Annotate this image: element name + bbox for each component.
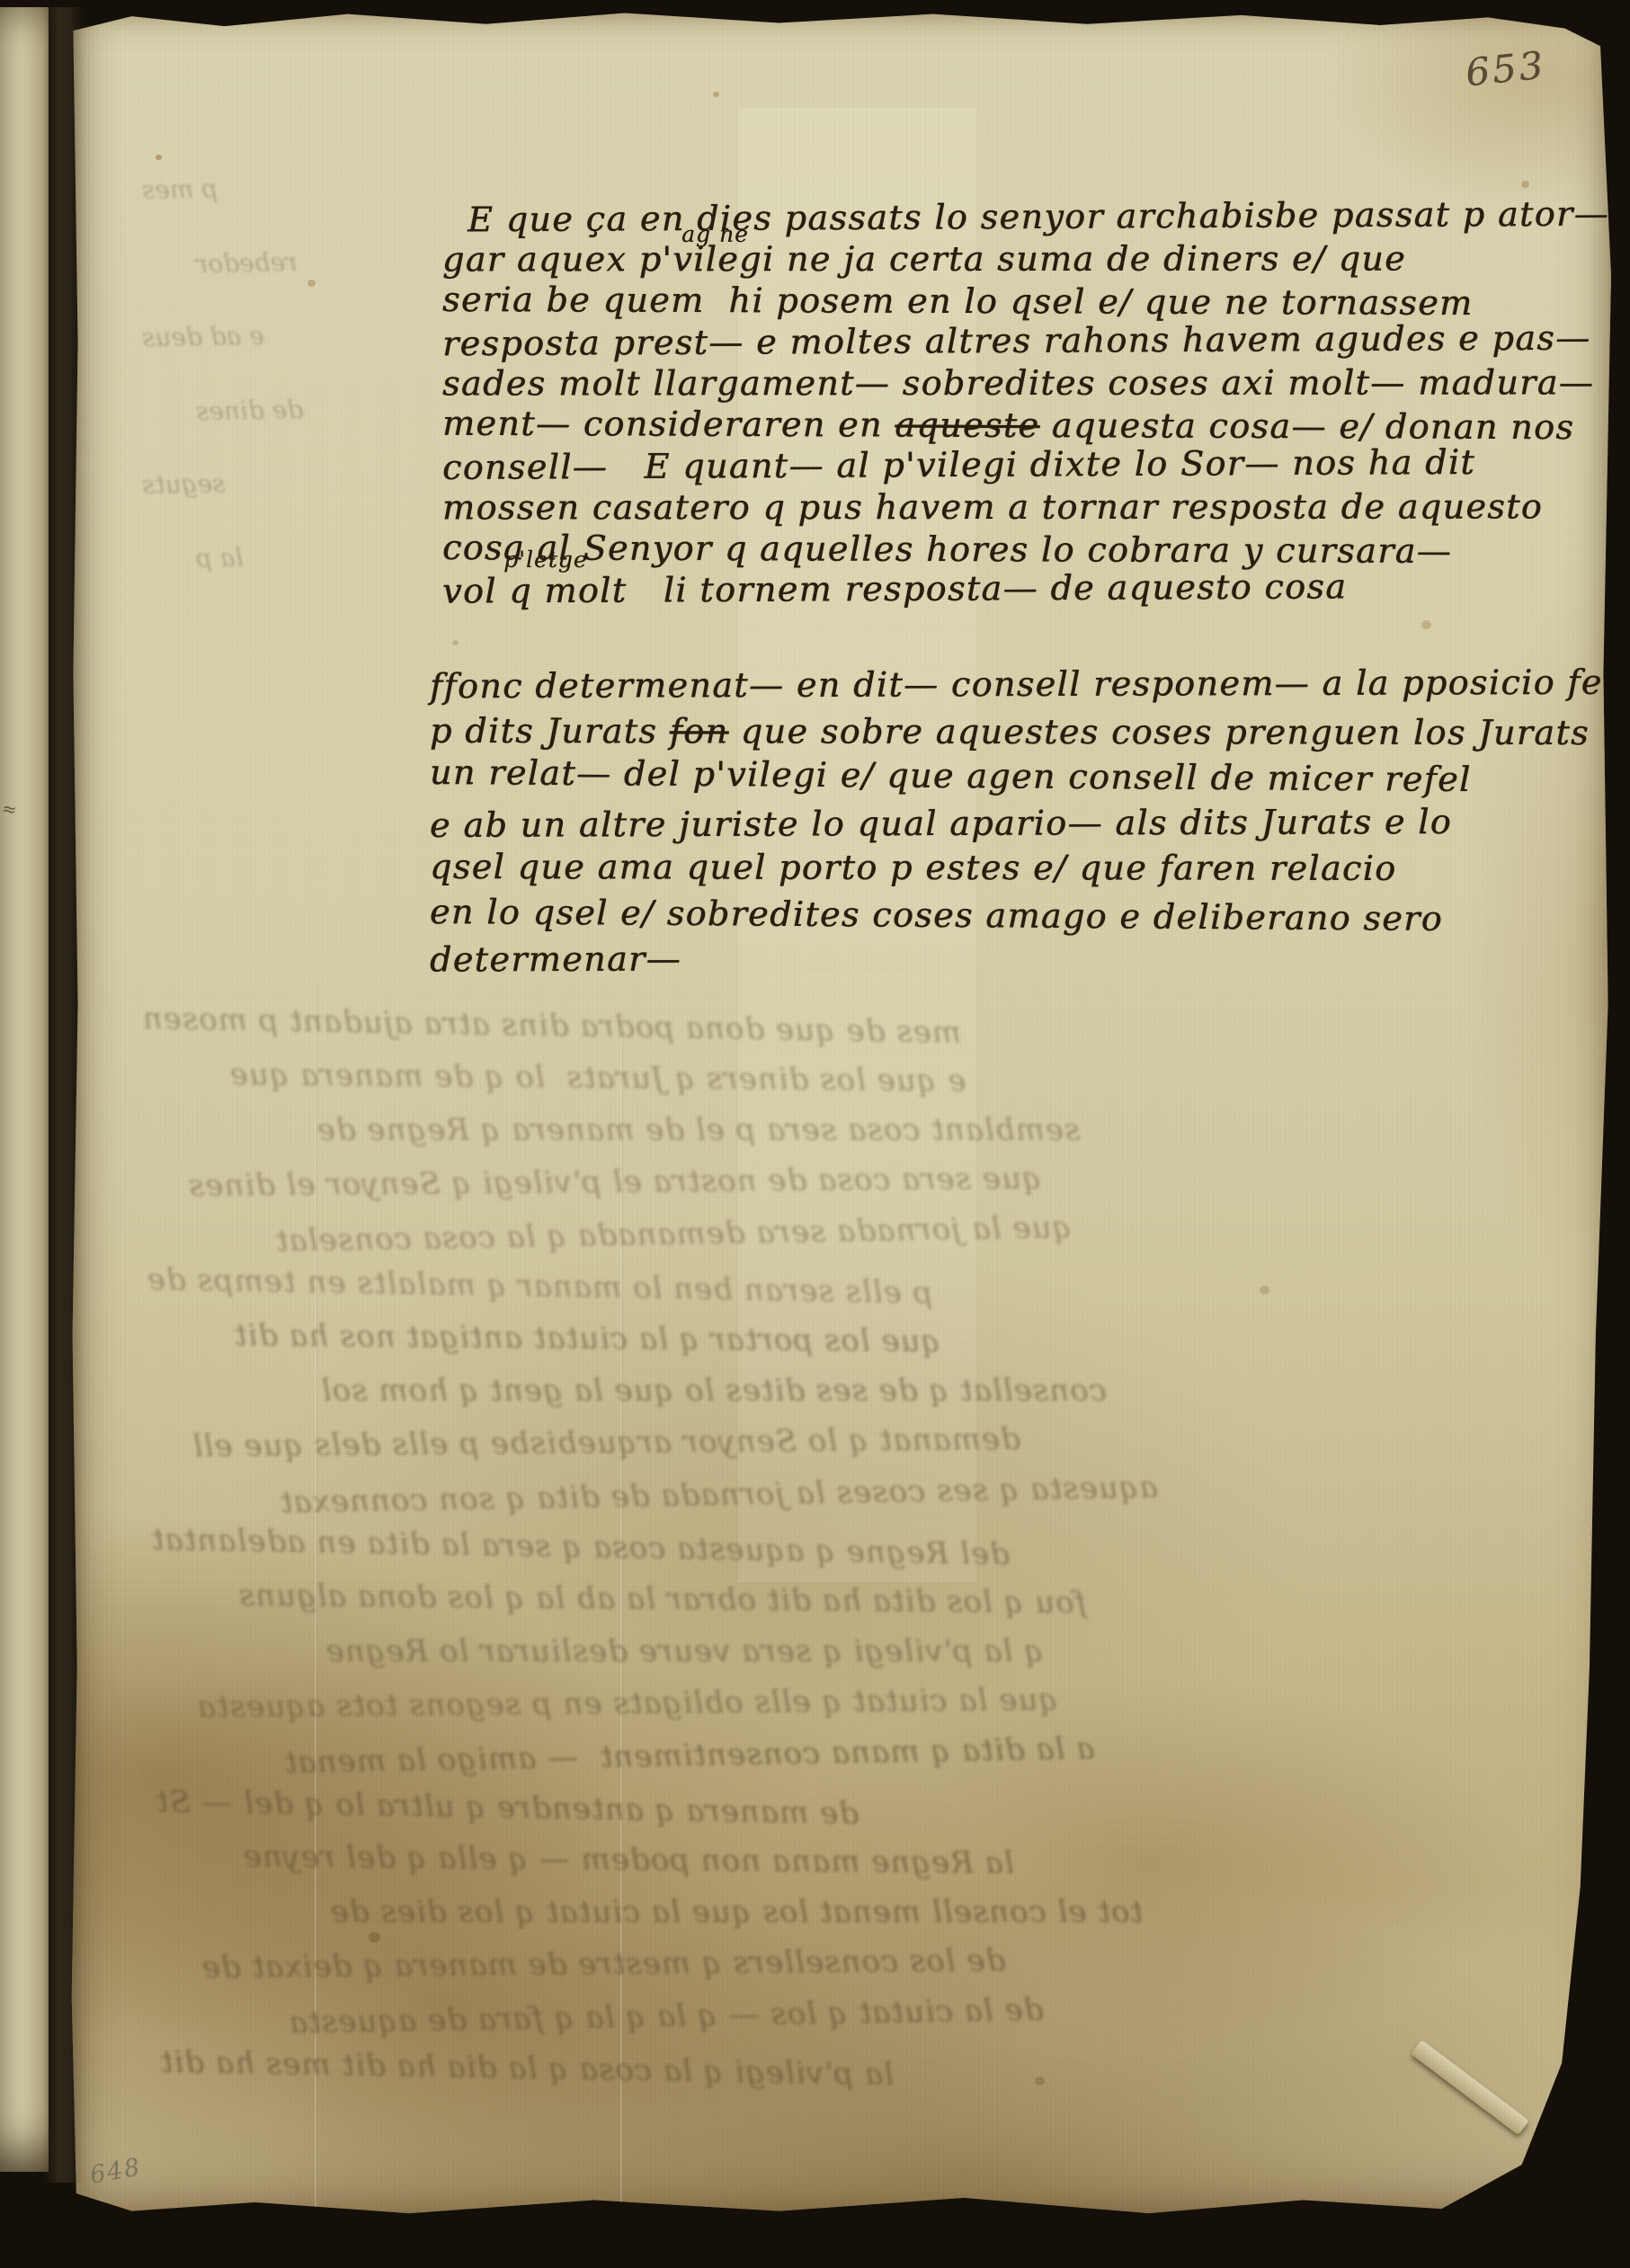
previous-page-edge (0, 7, 49, 2172)
binding-groove-shadow (43, 7, 85, 2183)
paper-texture-overlay (70, 11, 1611, 2218)
manuscript-page: mes de que dona podra dins atra ajudant … (70, 11, 1611, 2218)
archival-photo-background: ≈ mes de que dona podra dins atra ajudan… (0, 0, 1630, 2268)
binding-margin-mark: ≈ (1, 799, 18, 819)
